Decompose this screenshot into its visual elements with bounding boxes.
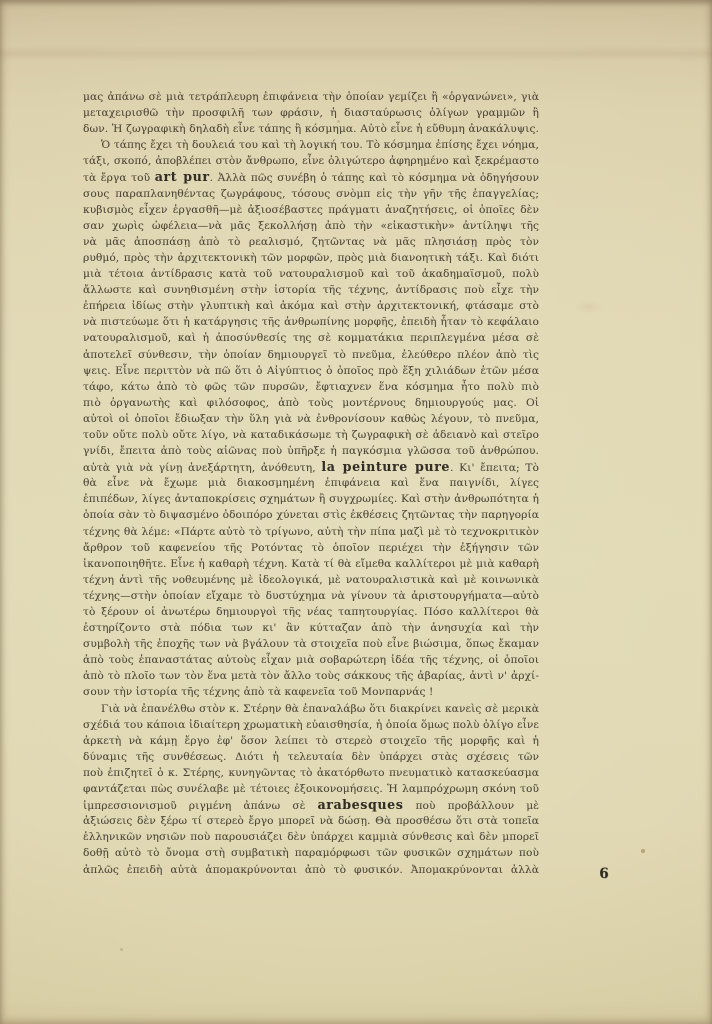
text-line: τέχνης—στὴν ὁποίαν εἴχαμε τὸ δυστύχημα ν…: [83, 588, 539, 604]
page-number: 6: [592, 866, 616, 882]
text-line: δύναμις τῆς συνθέσεως. Διότι ἡ τελευταία…: [83, 749, 539, 765]
text-line: σουν τὴν ἱστορία τῆς τέχνης ἀπὸ τὰ καφεν…: [83, 684, 539, 700]
text-line: ἱκανοποιηθῆτε. Εἶνε ἡ καθαρὴ τέχνη. Κατὰ…: [83, 556, 539, 572]
text-line: φαντάζεται πὼς συνέλαβε μὲ τέτοιες ἐξοικ…: [83, 781, 539, 797]
body-text-block: μας ἀπάνω σὲ μιὰ τετράπλευρη ἐπιφάνεια τ…: [83, 89, 539, 878]
text-line: ἐστηρίζοντο στὰ πόδια των κι' ἂν κύτταζα…: [83, 620, 539, 636]
text-line: ἀξιώσεις δὲν ξέρω τί στερεὸ ἔργο μπορεῖ …: [83, 813, 539, 829]
latin-term: la peinture pure: [321, 459, 450, 474]
text-line: τέχνη ἀντὶ τῆς νοθευμένης μὲ ἰδεολογικά,…: [83, 572, 539, 588]
text-line: νὰ μᾶς ἀποσπάσῃ ἀπὸ τὸ ρεαλισμό, ζητῶντα…: [83, 234, 539, 250]
text-line: σχέδιά του κάποια ἰδιαίτερη χρωματικὴ εὐ…: [83, 717, 539, 733]
scanned-book-page: μας ἀπάνω σὲ μιὰ τετράπλευρη ἐπιφάνεια τ…: [0, 0, 712, 1024]
text-line: ἄλλωστε καὶ συνηθισμένη στὴν ἱστορία τῆς…: [83, 282, 539, 298]
text-line: τὰ ἔργα τοῦ art pur. Ἀλλὰ πῶς συνέβη ὁ τ…: [83, 169, 539, 185]
latin-term: arabesques: [318, 797, 404, 812]
text-line: ρυθμό, πρὸς τὴν ἀρχιτεκτονικὴ τῶν μορφῶν…: [83, 250, 539, 266]
text-line: αὐτὰ γιὰ νὰ γίνῃ ἀνεξάρτητη, ἀνόθευτη, l…: [83, 459, 539, 475]
text-line: ἰμπρεσσιονισμοῦ ριγμένη ἀπάνω σὲ arabesq…: [83, 797, 539, 813]
text-line: ὁποία σὰν τὸ διψασμένο ὁδοιπόρο χύνεται …: [83, 507, 539, 523]
scan-artifact-band: [0, 46, 712, 62]
text-line: σους παραπλανηθέντας ζωγράφους, τόσους σ…: [83, 186, 539, 202]
text-line: Γιὰ νὰ ἐπανέλθω στὸν κ. Στέρην θὰ ἐπαναλ…: [83, 701, 539, 717]
text-line: ποὺ ἐπιζητεῖ ὁ κ. Στέρης, κυνηγῶντας τὸ …: [83, 765, 539, 781]
paper-stain: [641, 849, 645, 853]
text-line: γνίδι, ἔπειτα ἀπὸ τοὺς αἰῶνας ποὺ ὑπῆρξε…: [83, 443, 539, 459]
text-line: ἀρκετὴ νὰ κάμῃ ἔργο ἐφ' ὅσον λείπει τὸ σ…: [83, 733, 539, 749]
text-line: ἑλληνικῶν νησιῶν ποὺ παρουσιάζει δὲν ὑπά…: [83, 829, 539, 845]
text-line: ἐπήρεια ἰδίως στὴν γλυπτικὴ καὶ ἀκόμα κα…: [83, 298, 539, 314]
text-line: μεταχειρισθῶ τὴν προσφιλῆ των φράσιν, ἡ …: [83, 105, 539, 121]
text-line: σαν χωρὶς ὠφέλεια—νὰ μᾶς ξεκολλήσῃ ἀπὸ τ…: [83, 218, 539, 234]
text-line: κυβισμὸς εἶχεν ἐργασθῆ—μὲ ἀξιοσέβαστες π…: [83, 202, 539, 218]
text-line: ἐπιπέδων, λίγες ἀνταποκρίσεις σχημάτων ἢ…: [83, 491, 539, 507]
text-line: αὐτοὶ οἱ ὁποῖοι ἔδιωξαν τὴν ὕλη γιὰ νὰ ἐ…: [83, 411, 539, 427]
text-line: νατουραλισμοῦ, καὶ ἡ ἀποσύνθεσίς της σὲ …: [83, 330, 539, 346]
text-line: ἄρθρον τοῦ καφενείου τῆς Ροτόντας τὸ ὁπο…: [83, 540, 539, 556]
text-line: τάφο, κάτω ἀπὸ τὸ φῶς τῶν πυρσῶν, ἔφτιαχ…: [83, 379, 539, 395]
text-line: μας ἀπάνω σὲ μιὰ τετράπλευρη ἐπιφάνεια τ…: [83, 89, 539, 105]
text-line: νὰ πιστεύωμε ὅτι ἡ κατάργησις τῆς ἀνθρωπ…: [83, 314, 539, 330]
paper-stain: [575, 300, 603, 314]
text-line: τέχνης θὰ λέμε: «Πάρτε αὐτὸ τὸ τρίγωνο, …: [83, 524, 539, 540]
text-line: δων. Ἡ ζωγραφικὴ δηλαδὴ εἶνε τάπης ἢ κόσ…: [83, 121, 539, 137]
text-line: τάξι, σκοπό, ἀποβλέπει στὸν ἄνθρωπο, εἶν…: [83, 153, 539, 169]
text-line: ἀπὸ τοὺς ἐπαναστάτας αὐτοὺς εἶχαν μιὰ σο…: [83, 652, 539, 668]
text-line: Ὁ τάπης ἔχει τὴ δουλειά του καὶ τὴ λογικ…: [83, 137, 539, 153]
text-line: τὸ ξέρουν οἱ ἀνωτέρω δημιουργοὶ τῆς νέας…: [83, 604, 539, 620]
text-line: ἀποτελεῖ σύνθεσιν, τὴν ὁποίαν δημιουργεῖ…: [83, 347, 539, 363]
text-line: μιὰ τέτοια ἀντίδρασις κατὰ τοῦ νατουραλι…: [83, 266, 539, 282]
text-line: ἀπὸ τὸ πλοῖο των τὸν ἕνα μετὰ τὸν ἄλλο τ…: [83, 668, 539, 684]
paper-stain: [120, 948, 123, 951]
text-line: θὰ εἶνε νὰ ἔχωμε μιὰ διακοσμημένη ἐπιφάν…: [83, 475, 539, 491]
text-line: ψεις. Εἶνε περιττὸν νὰ πῶ ὅτι ὁ Αἰγύπτιο…: [83, 363, 539, 379]
latin-term: art pur: [155, 169, 210, 184]
text-line: δοθῇ αὐτὸ τὸ ὄνομα στὴ συμβατικὴ παραμόρ…: [83, 845, 539, 861]
text-line: πιὸ ὀργανωτὴς καὶ φιλόσοφος, ἀπὸ τοὺς μο…: [83, 395, 539, 411]
text-line: συμβολὴ τῆς ἐποχῆς των νὰ βγάλουν τὰ στο…: [83, 636, 539, 652]
text-line: ἁπλῶς ἐπειδὴ αὐτὰ ἀπομακρύνονται ἀπὸ τὸ …: [83, 862, 539, 878]
text-line: τοῦν οὔτε πολὺ οὔτε λίγο, νὰ καταδικάσωμ…: [83, 427, 539, 443]
